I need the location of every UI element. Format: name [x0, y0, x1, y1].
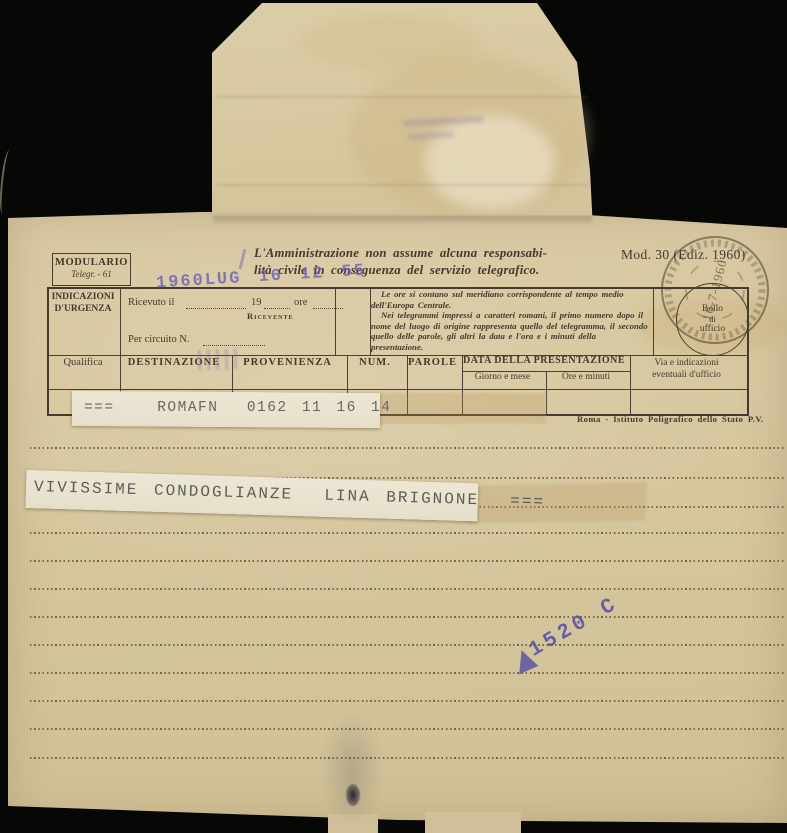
ink-bleed-marks: [198, 348, 243, 371]
dotted-writing-line: [30, 757, 784, 759]
postmark-date: 16-7-1960: [699, 257, 730, 322]
column-provenienza: PROVENIENZA: [232, 357, 343, 368]
modulario-label: MODULARIO: [53, 257, 130, 268]
dotted-writing-line: [30, 616, 784, 618]
flap-crease-shadow: [213, 216, 592, 225]
paper-edge-tab: [425, 812, 521, 833]
ricevuto-ore: ore: [294, 297, 307, 308]
printer-credit: Roma - Istituto Poligrafico dello Stato …: [577, 414, 763, 424]
ricevuto-blank: [186, 299, 246, 309]
dotted-writing-line: [30, 644, 784, 646]
telegram-scan: MODULARIO Telegr. - 61 L'Amministrazione…: [0, 0, 787, 833]
column-parole: PAROLE: [407, 357, 458, 368]
dotted-writing-line: [30, 532, 784, 534]
dotted-writing-line: [30, 728, 784, 730]
faded-stamp-ghost: [401, 114, 492, 149]
fold-line: [216, 96, 588, 98]
routing-text: === ROMAFN 0162 11 16 14: [84, 400, 391, 416]
ricevente-label: Ricevente: [247, 311, 293, 321]
stain: [300, 15, 480, 70]
fold-line: [216, 184, 588, 186]
ricevuto-year: 19: [251, 297, 262, 308]
column-via-indicazioni: Via e indicazioni eventuali d'ufficio: [630, 358, 743, 382]
paper-edge-curl: [0, 150, 14, 215]
column-giorno-mese: Giorno e mese: [461, 372, 544, 382]
dotted-writing-line: [30, 560, 784, 562]
modulario-box: MODULARIO Telegr. - 61: [52, 253, 131, 286]
ink-spot: [346, 784, 360, 806]
dotted-writing-line: [30, 447, 784, 449]
disclaimer-line1: L'Amministrazione non assume alcuna resp…: [254, 245, 576, 262]
dotted-writing-line: [30, 700, 784, 702]
column-qualifica: Qualifica: [49, 357, 117, 368]
column-num: NUM.: [347, 357, 403, 368]
dotted-writing-line: [30, 588, 784, 590]
ricevuto-label: Ricevuto il: [128, 297, 174, 308]
notice-text: Le ore si contano sul meridiano corrispo…: [371, 289, 648, 352]
modulario-number: Telegr. - 61: [53, 269, 130, 279]
column-data-presentazione: DATA DELLA PRESENTAZIONE: [461, 355, 627, 366]
column-ore-minuti: Ore e minuti: [545, 372, 627, 382]
circuito-label: Per circuito N.: [128, 334, 190, 345]
dotted-writing-line: [30, 672, 784, 674]
postmark: 16-7-1960: [657, 232, 773, 348]
urgency-label: INDICAZIONI D'URGENZA: [49, 292, 117, 316]
tape-residue: [374, 393, 548, 424]
